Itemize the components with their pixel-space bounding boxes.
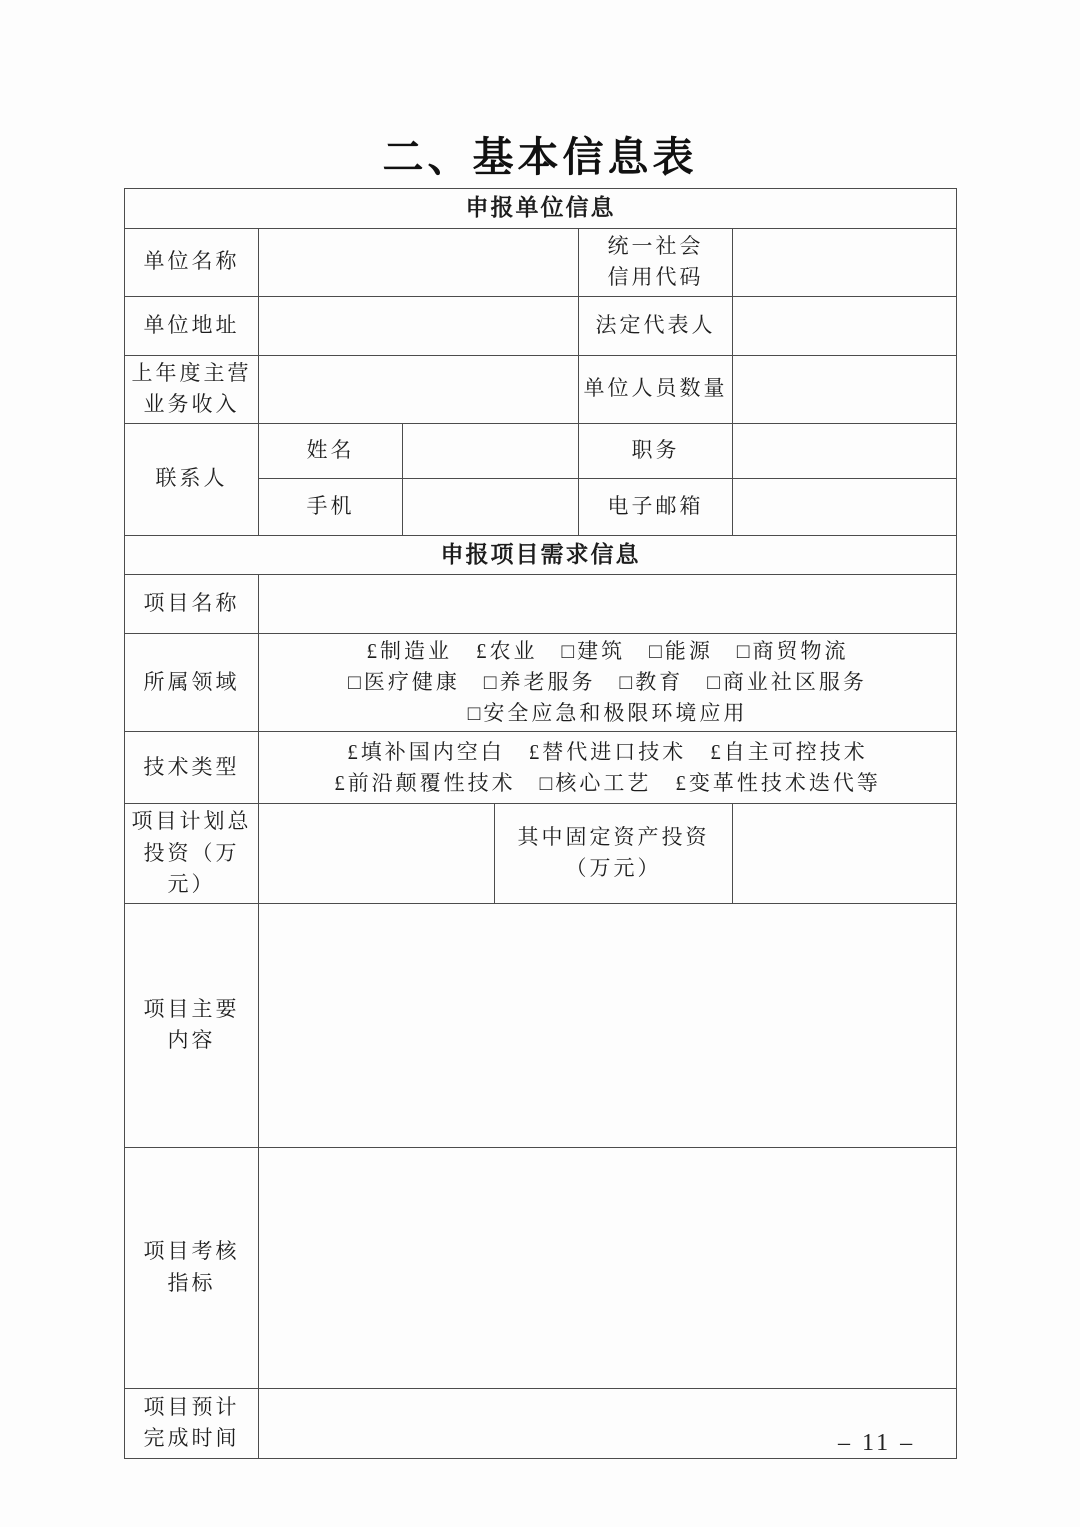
input-contact-name [403,423,579,478]
label-last-year-revenue: 上年度主营 业务收入 [125,355,259,423]
input-fixed-asset-investment [733,804,957,904]
label-credit-code: 统一社会 信用代码 [579,228,733,296]
label-tech-type: 技术类型 [125,732,259,804]
input-project-kpi [259,1147,957,1388]
input-unit-name [259,228,579,296]
tech-options-line-1: £填补国内空白 £替代进口技术 £自主可控技术 [263,737,952,768]
label-project-content: 项目主要 内容 [125,903,259,1147]
section-header-unit-info: 申报单位信息 [125,189,957,229]
table-row: 单位名称 统一社会 信用代码 [125,228,957,296]
tech-options-line-2: £前沿颠覆性技术 □核心工艺 £变革性技术迭代等 [263,768,952,799]
input-contact-mobile [403,478,579,535]
table-row: 上年度主营 业务收入 单位人员数量 [125,355,957,423]
table-row: 项目考核 指标 [125,1147,957,1388]
label-contact-position: 职务 [579,423,733,478]
table-row: 项目主要 内容 [125,903,957,1147]
table-row: 项目名称 [125,575,957,634]
input-staff-count [733,355,957,423]
label-contact-person: 联系人 [125,423,259,535]
label-unit-address: 单位地址 [125,296,259,355]
label-project-kpi: 项目考核 指标 [125,1147,259,1388]
input-total-investment [259,804,495,904]
tech-type-options-cell: £填补国内空白 £替代进口技术 £自主可控技术 £前沿颠覆性技术 □核心工艺 £… [259,732,957,804]
input-unit-address [259,296,579,355]
input-contact-email [733,478,957,535]
label-fixed-asset-investment: 其中固定资产投资 （万元） [495,804,733,904]
table-row: 技术类型 £填补国内空白 £替代进口技术 £自主可控技术 £前沿颠覆性技术 □核… [125,732,957,804]
input-last-year-revenue [259,355,579,423]
field-options-line-1: £制造业 £农业 □建筑 □能源 □商贸物流 [263,636,952,667]
label-legal-representative: 法定代表人 [579,296,733,355]
label-contact-mobile: 手机 [259,478,403,535]
project-field-options-cell: £制造业 £农业 □建筑 □能源 □商贸物流 □医疗健康 □养老服务 □教育 □… [259,634,957,732]
input-credit-code [733,228,957,296]
label-contact-email: 电子邮箱 [579,478,733,535]
page-number: – 11 – [838,1430,915,1457]
table-row: 项目预计 完成时间 [125,1388,957,1458]
input-project-name [259,575,957,634]
section-header-project-info: 申报项目需求信息 [125,535,957,575]
table-row: 项目计划总 投资（万元） 其中固定资产投资 （万元） [125,804,957,904]
input-project-content [259,903,957,1147]
document-page: 二、基本信息表 申报单位信息 单位名称 统一社会 信用代码 单位地址 法定代表人… [0,0,1080,1527]
basic-info-table: 申报单位信息 单位名称 统一社会 信用代码 单位地址 法定代表人 上年度主营 业… [124,188,957,1459]
input-legal-representative [733,296,957,355]
input-contact-position [733,423,957,478]
table-row: 单位地址 法定代表人 [125,296,957,355]
label-unit-name: 单位名称 [125,228,259,296]
label-contact-name: 姓名 [259,423,403,478]
label-staff-count: 单位人员数量 [579,355,733,423]
label-project-field: 所属领域 [125,634,259,732]
label-total-investment: 项目计划总 投资（万元） [125,804,259,904]
table-row: 所属领域 £制造业 £农业 □建筑 □能源 □商贸物流 □医疗健康 □养老服务 … [125,634,957,732]
field-options-line-3: □安全应急和极限环境应用 [263,698,952,729]
page-title: 二、基本信息表 [0,124,1080,183]
label-project-finish-time: 项目预计 完成时间 [125,1388,259,1458]
table-row: 联系人 姓名 职务 [125,423,957,478]
field-options-line-2: □医疗健康 □养老服务 □教育 □商业社区服务 [263,667,952,698]
label-project-name: 项目名称 [125,575,259,634]
